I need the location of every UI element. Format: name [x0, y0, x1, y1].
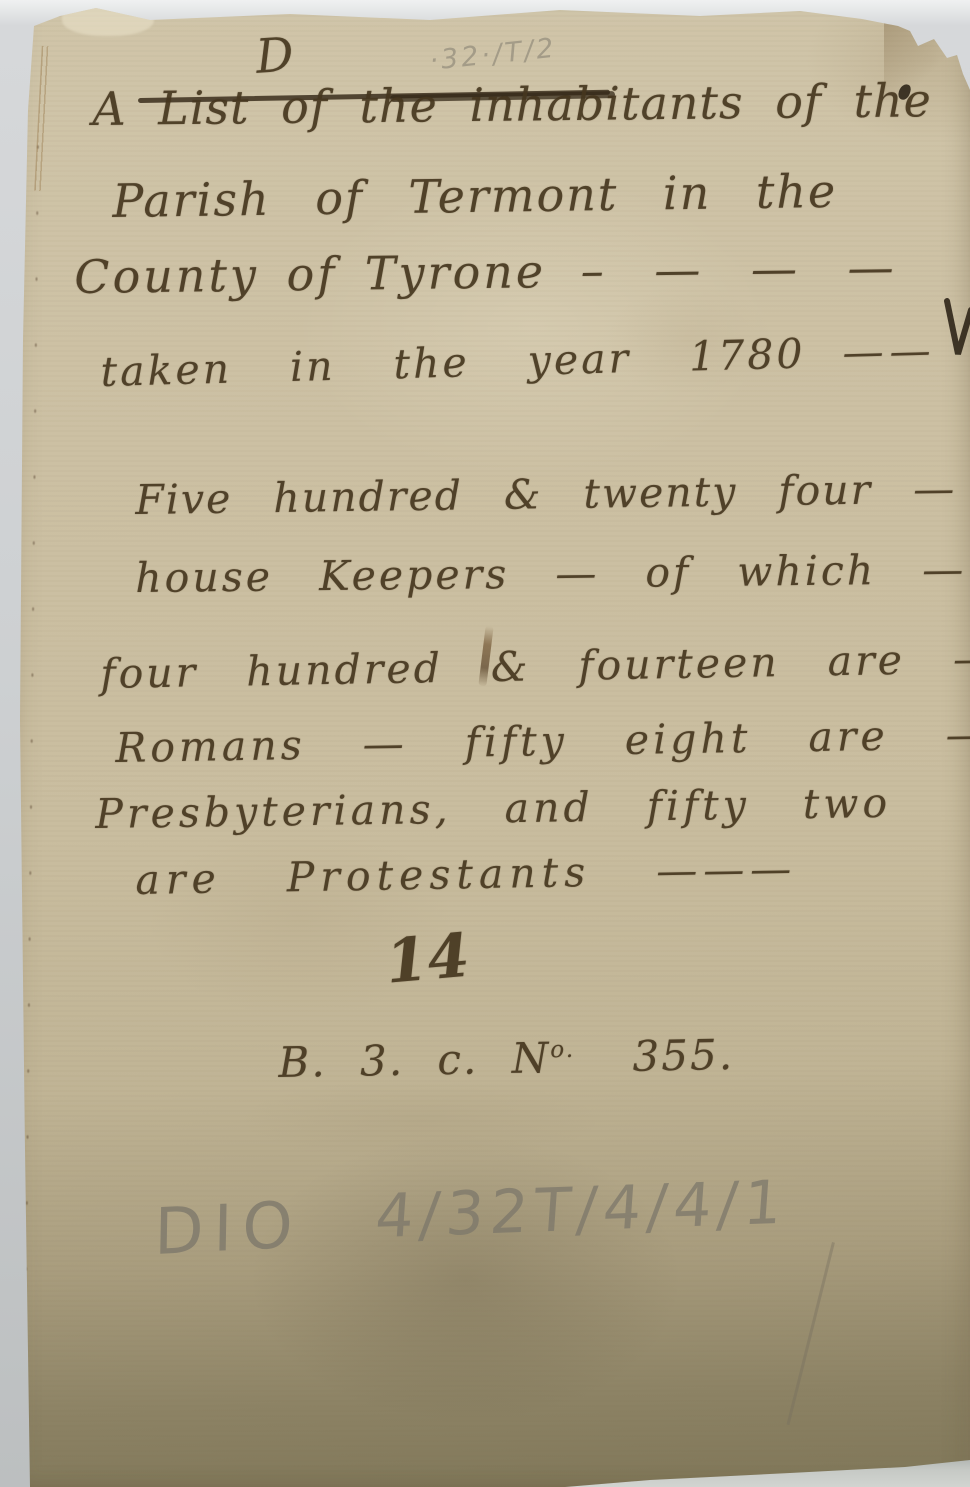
reference-superscript: o.: [550, 1037, 575, 1063]
reference-prefix: B. 3. c. N: [278, 1033, 551, 1087]
heading-rest: of the inhabitants of the: [281, 73, 932, 134]
top-left-flap: [62, 2, 154, 36]
manuscript-photograph: ·32·/T/2 D A List of the inhabitants of …: [0, 0, 970, 1487]
pencil-shelfmark-label: DIO: [154, 1188, 304, 1270]
heading-line-1: A List of the inhabitants of the: [92, 73, 932, 136]
manuscript-page: ·32·/T/2 D A List of the inhabitants of …: [0, 0, 970, 1487]
reference-number: 355.: [632, 1030, 734, 1081]
heading-line-3-dashes: – — — —: [580, 240, 894, 298]
pencil-shelfmark-number: 4/32T/4/4/1: [373, 1168, 790, 1253]
ink-stroke-mark: [944, 298, 970, 362]
heading-inserted-letter: D: [254, 27, 295, 84]
heading-line-3-text: County of Tyrone: [74, 244, 546, 304]
heading-line-2: Parish of Termont in the: [112, 164, 838, 228]
heading-line-4-dashes: ——: [842, 326, 937, 376]
heading-struck-word: List: [158, 80, 250, 135]
reference-line: B. 3. c. No. 355.: [278, 1030, 734, 1087]
heading-line-3: County of Tyrone – — — —: [74, 240, 894, 304]
numeral-mark: 14: [383, 921, 472, 998]
heading-prefix: A: [92, 82, 127, 136]
body-line-2: house Keepers — of which —: [135, 545, 966, 602]
